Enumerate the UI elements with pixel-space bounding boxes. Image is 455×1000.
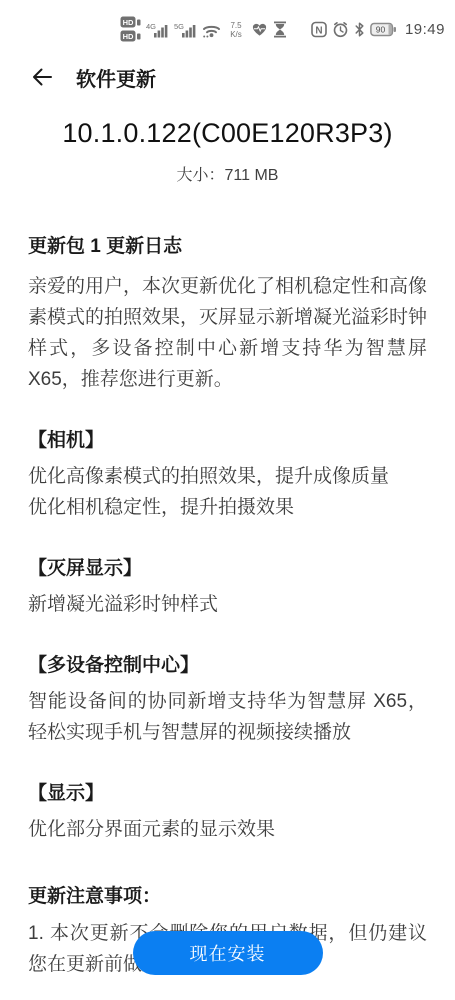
- section-camera: 【相机】 优化高像素模式的拍照效果，提升成像质量 优化相机稳定性，提升拍摄效果: [28, 425, 427, 523]
- signal-5g-icon: 5G: [174, 21, 197, 38]
- footer: 现在安装: [0, 931, 455, 975]
- app-header: 软件更新: [0, 56, 455, 98]
- section-line: 新增凝光溢彩时钟样式: [28, 589, 427, 620]
- changelog-content: 更新包 1 更新日志 亲爱的用户，本次更新优化了相机稳定性和高像素模式的拍照效果…: [0, 231, 455, 980]
- back-button[interactable]: [30, 66, 54, 88]
- volte-hd-badges: HD HD: [120, 16, 141, 42]
- svg-text:5G: 5G: [174, 22, 184, 31]
- svg-text:7.5: 7.5: [230, 21, 242, 30]
- hourglass-icon: [273, 21, 287, 38]
- section-multi-device-control: 【多设备控制中心】 智能设备间的协同新增支持华为智慧屏 X65，轻松实现手机与智…: [28, 650, 427, 748]
- clock-time: 19:49: [405, 21, 445, 38]
- volte-hd-icon-sim2: HD: [120, 30, 141, 42]
- changelog-title: 更新包 1 更新日志: [28, 231, 427, 258]
- section-heading: 【相机】: [28, 425, 427, 452]
- update-size: 大小：711 MB: [0, 162, 455, 185]
- bluetooth-icon: [354, 21, 365, 38]
- battery-icon: 90: [370, 22, 397, 37]
- back-arrow-icon: [30, 66, 54, 88]
- software-update-screen: HD HD 4G 5G: [0, 0, 455, 1000]
- version-number: 10.1.0.122(C00E120R3P3): [0, 118, 455, 149]
- section-line: 智能设备间的协同新增支持华为智慧屏 X65，轻松实现手机与智慧屏的视频接续播放: [28, 686, 427, 748]
- status-bar: HD HD 4G 5G: [0, 12, 455, 46]
- health-heart-icon: [251, 22, 268, 37]
- svg-text:K/s: K/s: [230, 30, 242, 39]
- version-block: 10.1.0.122(C00E120R3P3) 大小：711 MB: [0, 118, 455, 185]
- section-always-on-display: 【灭屏显示】 新增凝光溢彩时钟样式: [28, 553, 427, 620]
- alarm-clock-icon: [332, 21, 349, 38]
- wifi-icon: [202, 21, 221, 38]
- section-heading: 【显示】: [28, 778, 427, 805]
- section-heading: 【灭屏显示】: [28, 553, 427, 580]
- svg-text:HD: HD: [123, 32, 134, 41]
- section-heading: 【多设备控制中心】: [28, 650, 427, 677]
- signal-4g-icon: 4G: [146, 21, 169, 38]
- install-now-button[interactable]: 现在安装: [133, 931, 323, 975]
- changelog-intro: 亲爱的用户，本次更新优化了相机稳定性和高像素模式的拍照效果，灭屏显示新增凝光溢彩…: [28, 271, 427, 395]
- svg-text:90: 90: [376, 24, 386, 34]
- section-display: 【显示】 优化部分界面元素的显示效果: [28, 778, 427, 845]
- section-line: 优化高像素模式的拍照效果，提升成像质量: [28, 461, 427, 492]
- update-notes-title: 更新注意事项：: [28, 881, 427, 908]
- nfc-icon: N: [311, 21, 327, 38]
- svg-text:N: N: [315, 25, 322, 36]
- svg-text:4G: 4G: [146, 22, 156, 31]
- volte-hd-icon-sim1: HD: [120, 16, 141, 28]
- page-title: 软件更新: [76, 63, 156, 92]
- network-speed-indicator: 7.5 K/s: [226, 20, 246, 39]
- section-line: 优化部分界面元素的显示效果: [28, 814, 427, 845]
- svg-text:HD: HD: [123, 18, 134, 27]
- section-line: 优化相机稳定性，提升拍摄效果: [28, 492, 427, 523]
